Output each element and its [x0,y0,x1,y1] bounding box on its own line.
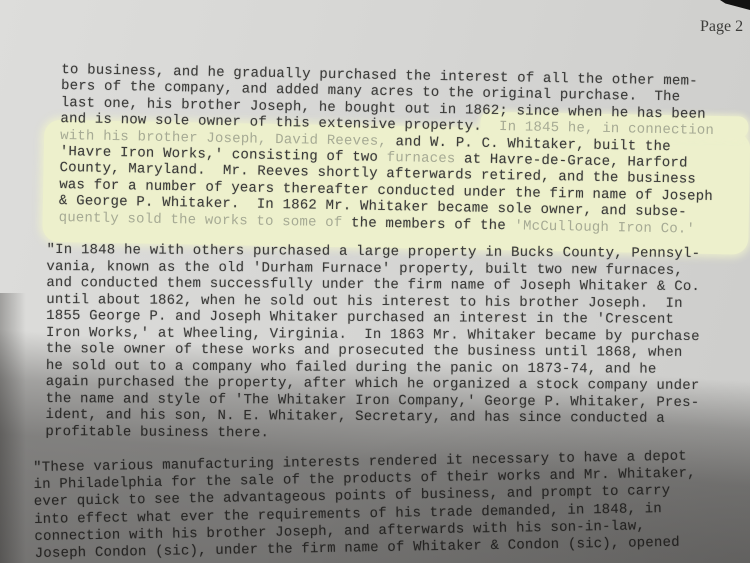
highlighted-text-segment: furnaces [387,150,456,167]
page-number-label: Page 2 [700,18,743,36]
text-line: profitable business there. [45,424,749,445]
highlighted-text-segment: the members of the [351,215,515,234]
highlighted-text-segment: 'McCullough Iron Co.' [514,218,695,237]
philadelphia-depot-paragraph: "These various manufacturing interests r… [33,448,750,563]
opening-paragraph: to business, and he gradually purchased … [58,62,750,239]
text-segment: profitable business there. [45,424,269,441]
document-photo: Page 2 to business, and he gradually pur… [0,0,750,563]
durham-furnace-paragraph: "In 1848 he with others purchased a larg… [45,242,750,444]
typewritten-text-block: to business, and he gradually purchased … [0,0,750,563]
